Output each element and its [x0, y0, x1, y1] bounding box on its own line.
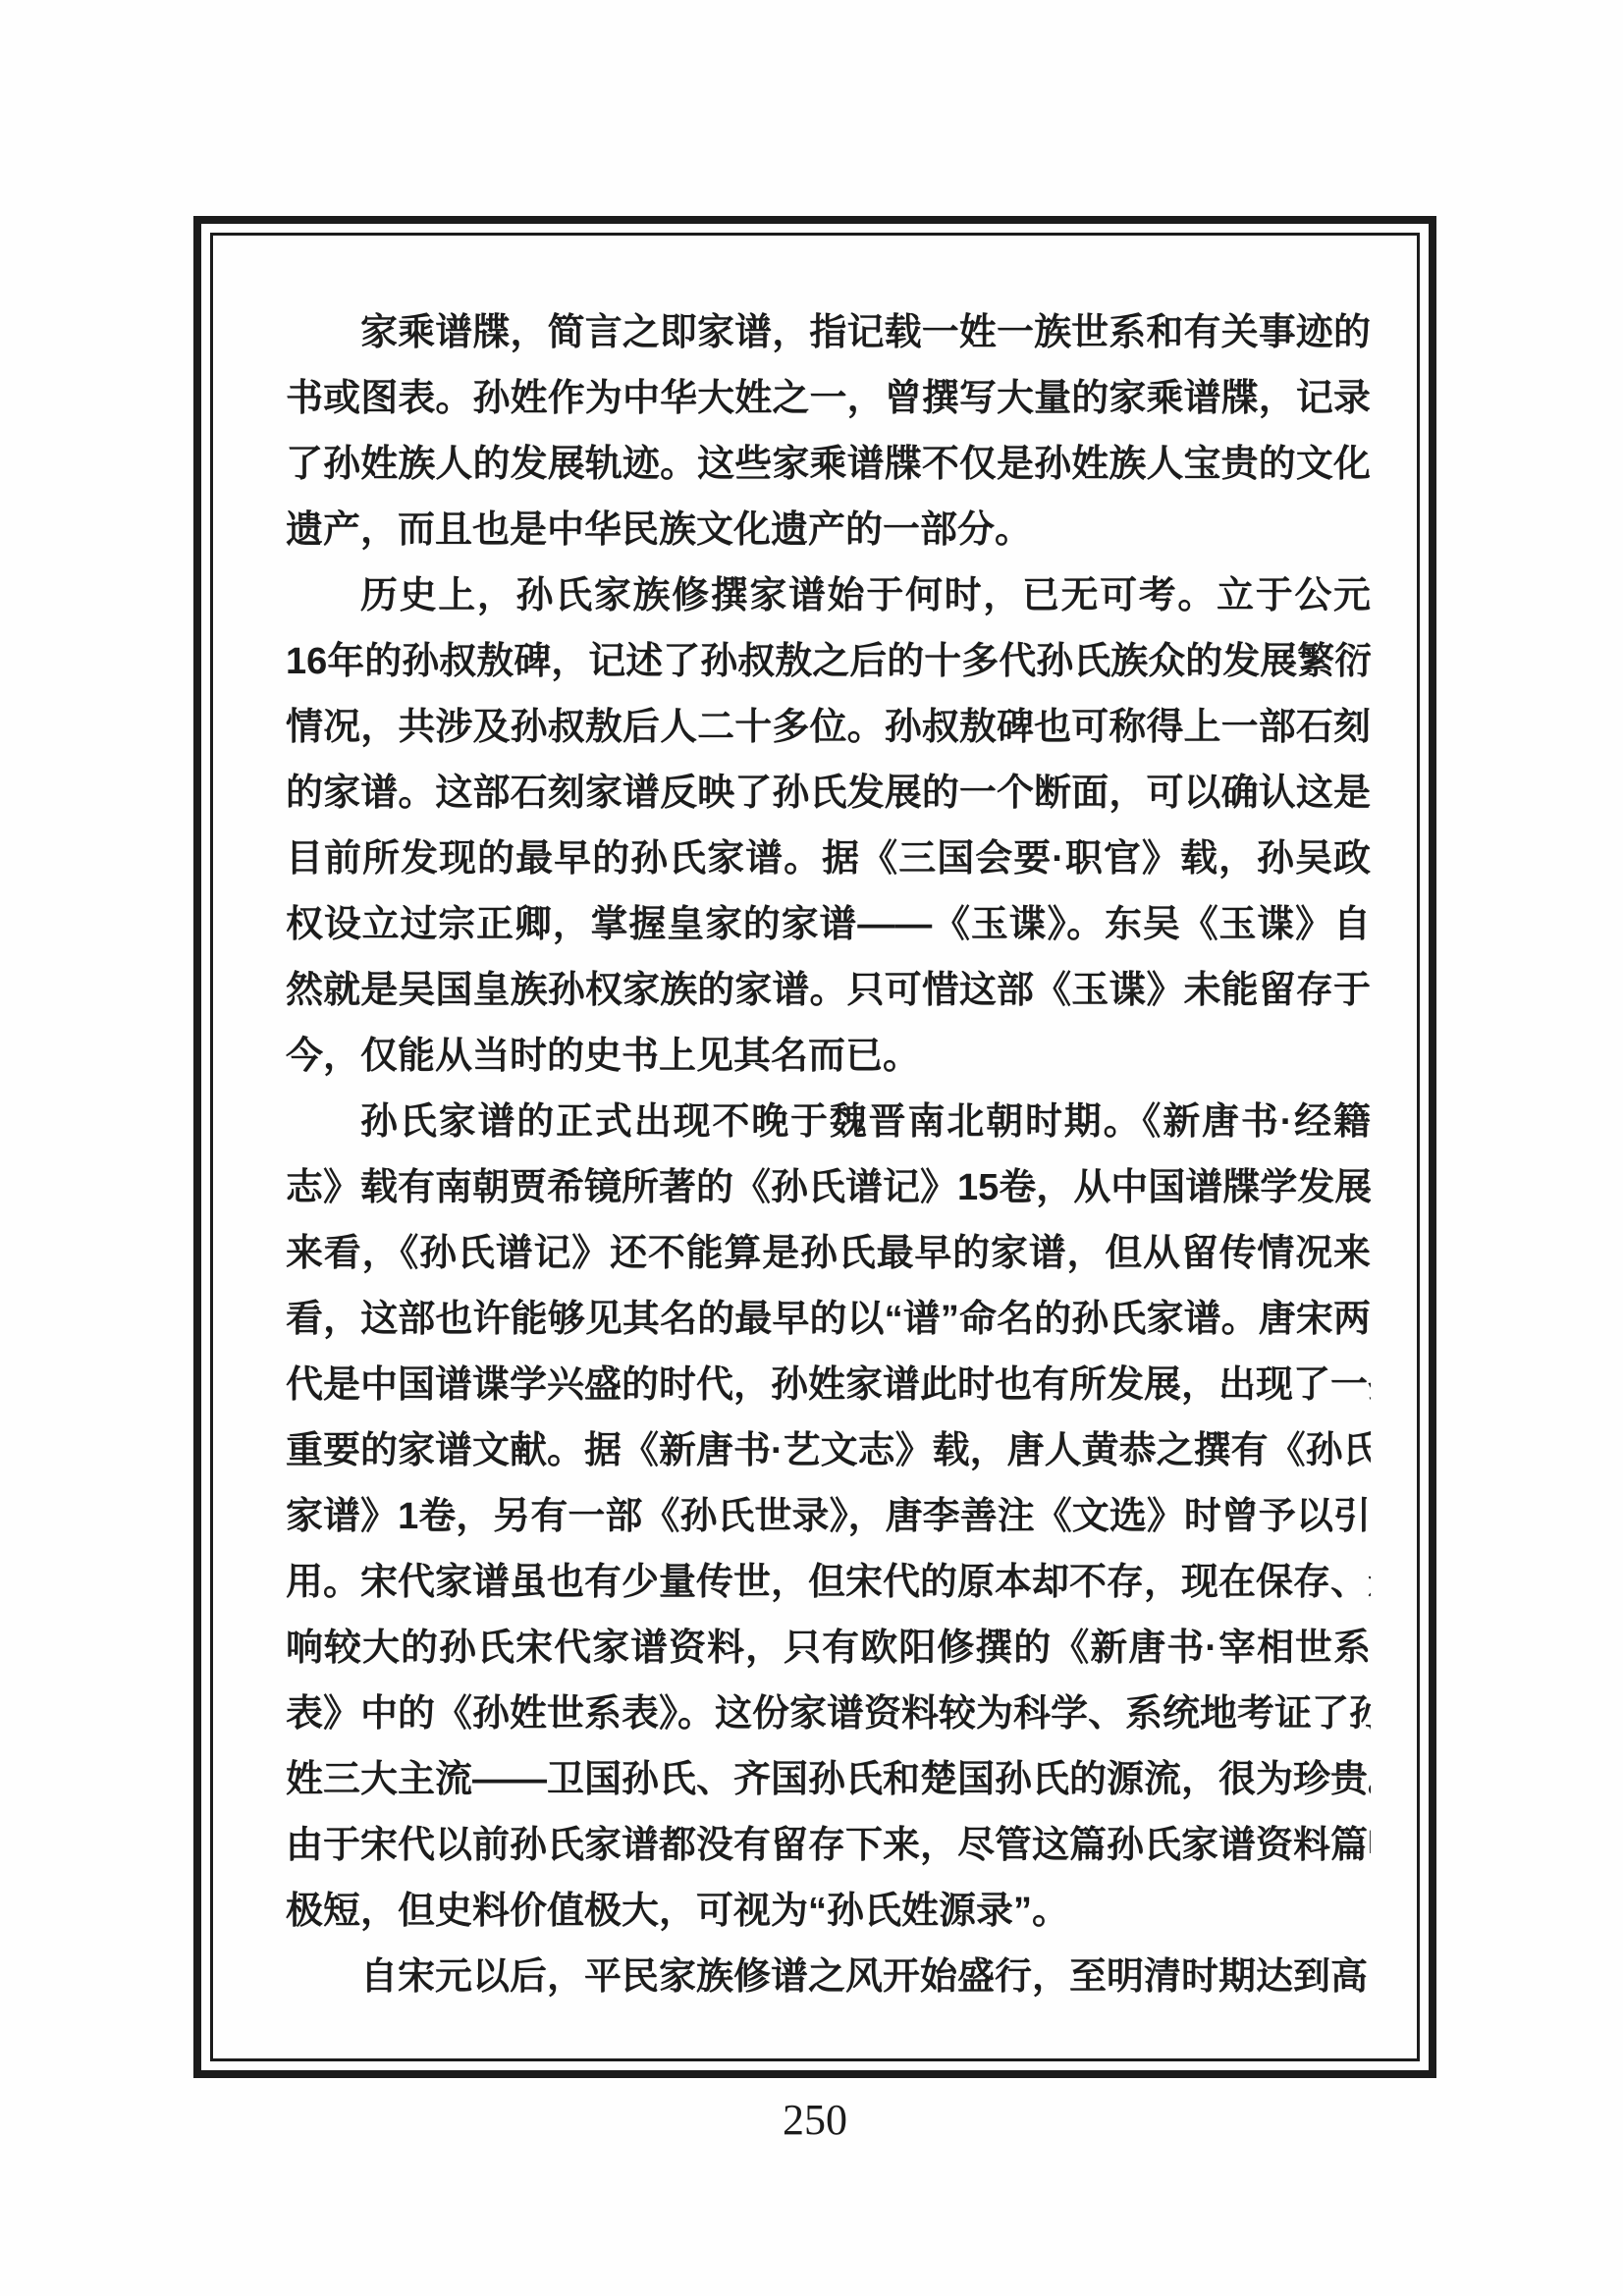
text-line: 的家谱。这部石刻家谱反映了孙氏发展的一个断面，可以确认这是 [286, 761, 1371, 827]
text-line: 孙氏家谱的正式出现不晚于魏晋南北朝时期。《新唐书·经籍 [286, 1090, 1371, 1155]
text-line: 书或图表。孙姓作为中华大姓之一，曾撰写大量的家乘谱牒，记录 [286, 366, 1371, 432]
text-line: 响较大的孙氏宋代家谱资料，只有欧阳修撰的《新唐书·宰相世系 [286, 1616, 1371, 1682]
text-line: 历史上，孙氏家族修撰家谱始于何时，已无可考。立于公元 [286, 563, 1371, 629]
text-line: 目前所发现的最早的孙氏家谱。据《三国会要·职官》载，孙吴政 [286, 827, 1371, 892]
text-line: 家谱》1卷，另有一部《孙氏世录》，唐李善注《文选》时曾予以引 [286, 1484, 1371, 1550]
text-line: 遗产，而且也是中华民族文化遗产的一部分。 [286, 498, 1371, 563]
text-line: 姓三大主流——卫国孙氏、齐国孙氏和楚国孙氏的源流，很为珍贵。 [286, 1747, 1371, 1813]
text-line: 极短，但史料价值极大，可视为“孙氏姓源录”。 [286, 1879, 1371, 1945]
text-line: 家乘谱牒，简言之即家谱，指记载一姓一族世系和有关事迹的 [286, 300, 1371, 366]
text-line: 用。宋代家谱虽也有少量传世，但宋代的原本却不存，现在保存、影 [286, 1550, 1371, 1616]
paragraph: 历史上，孙氏家族修撰家谱始于何时，已无可考。立于公元16年的孙叔敖碑，记述了孙叔… [286, 563, 1371, 1090]
text-line: 今，仅能从当时的史书上见其名而已。 [286, 1024, 1371, 1090]
text-line: 然就是吴国皇族孙权家族的家谱。只可惜这部《玉谍》未能留存于 [286, 958, 1371, 1024]
text-line: 志》载有南朝贾希镜所著的《孙氏谱记》15卷，从中国谱牒学发展史 [286, 1155, 1371, 1221]
text-line: 了孙姓族人的发展轨迹。这些家乘谱牒不仅是孙姓族人宝贵的文化 [286, 432, 1371, 498]
paragraph: 自宋元以后，平民家族修谱之风开始盛行，至明清时期达到高 [286, 1945, 1371, 2010]
paragraph: 孙氏家谱的正式出现不晚于魏晋南北朝时期。《新唐书·经籍志》载有南朝贾希镜所著的《… [286, 1090, 1371, 1945]
text-line: 表》中的《孙姓世系表》。这份家谱资料较为科学、系统地考证了孙 [286, 1682, 1371, 1747]
text-line: 情况，共涉及孙叔敖后人二十多位。孙叔敖碑也可称得上一部石刻 [286, 695, 1371, 761]
text-line: 代是中国谱谍学兴盛的时代，孙姓家谱此时也有所发展，出现了一些 [286, 1353, 1371, 1418]
text-line: 权设立过宗正卿，掌握皇家的家谱——《玉谍》。东吴《玉谍》自 [286, 892, 1371, 958]
body-text: 家乘谱牒，简言之即家谱，指记载一姓一族世系和有关事迹的书或图表。孙姓作为中华大姓… [286, 300, 1371, 2010]
paragraph: 家乘谱牒，简言之即家谱，指记载一姓一族世系和有关事迹的书或图表。孙姓作为中华大姓… [286, 300, 1371, 563]
text-line: 看，这部也许能够见其名的最早的以“谱”命名的孙氏家谱。唐宋两 [286, 1287, 1371, 1353]
page-number: 250 [193, 2097, 1436, 2144]
text-line: 重要的家谱文献。据《新唐书·艺文志》载，唐人黄恭之撰有《孙氏 [286, 1418, 1371, 1484]
book-page: 家乘谱牒，简言之即家谱，指记载一姓一族世系和有关事迹的书或图表。孙姓作为中华大姓… [0, 0, 1623, 2296]
text-line: 来看，《孙氏谱记》还不能算是孙氏最早的家谱，但从留传情况来 [286, 1221, 1371, 1287]
text-line: 由于宋代以前孙氏家谱都没有留存下来，尽管这篇孙氏家谱资料篇幅 [286, 1813, 1371, 1879]
text-line: 自宋元以后，平民家族修谱之风开始盛行，至明清时期达到高 [286, 1945, 1371, 2010]
text-line: 16年的孙叔敖碑，记述了孙叔敖之后的十多代孙氏族众的发展繁衍 [286, 629, 1371, 695]
